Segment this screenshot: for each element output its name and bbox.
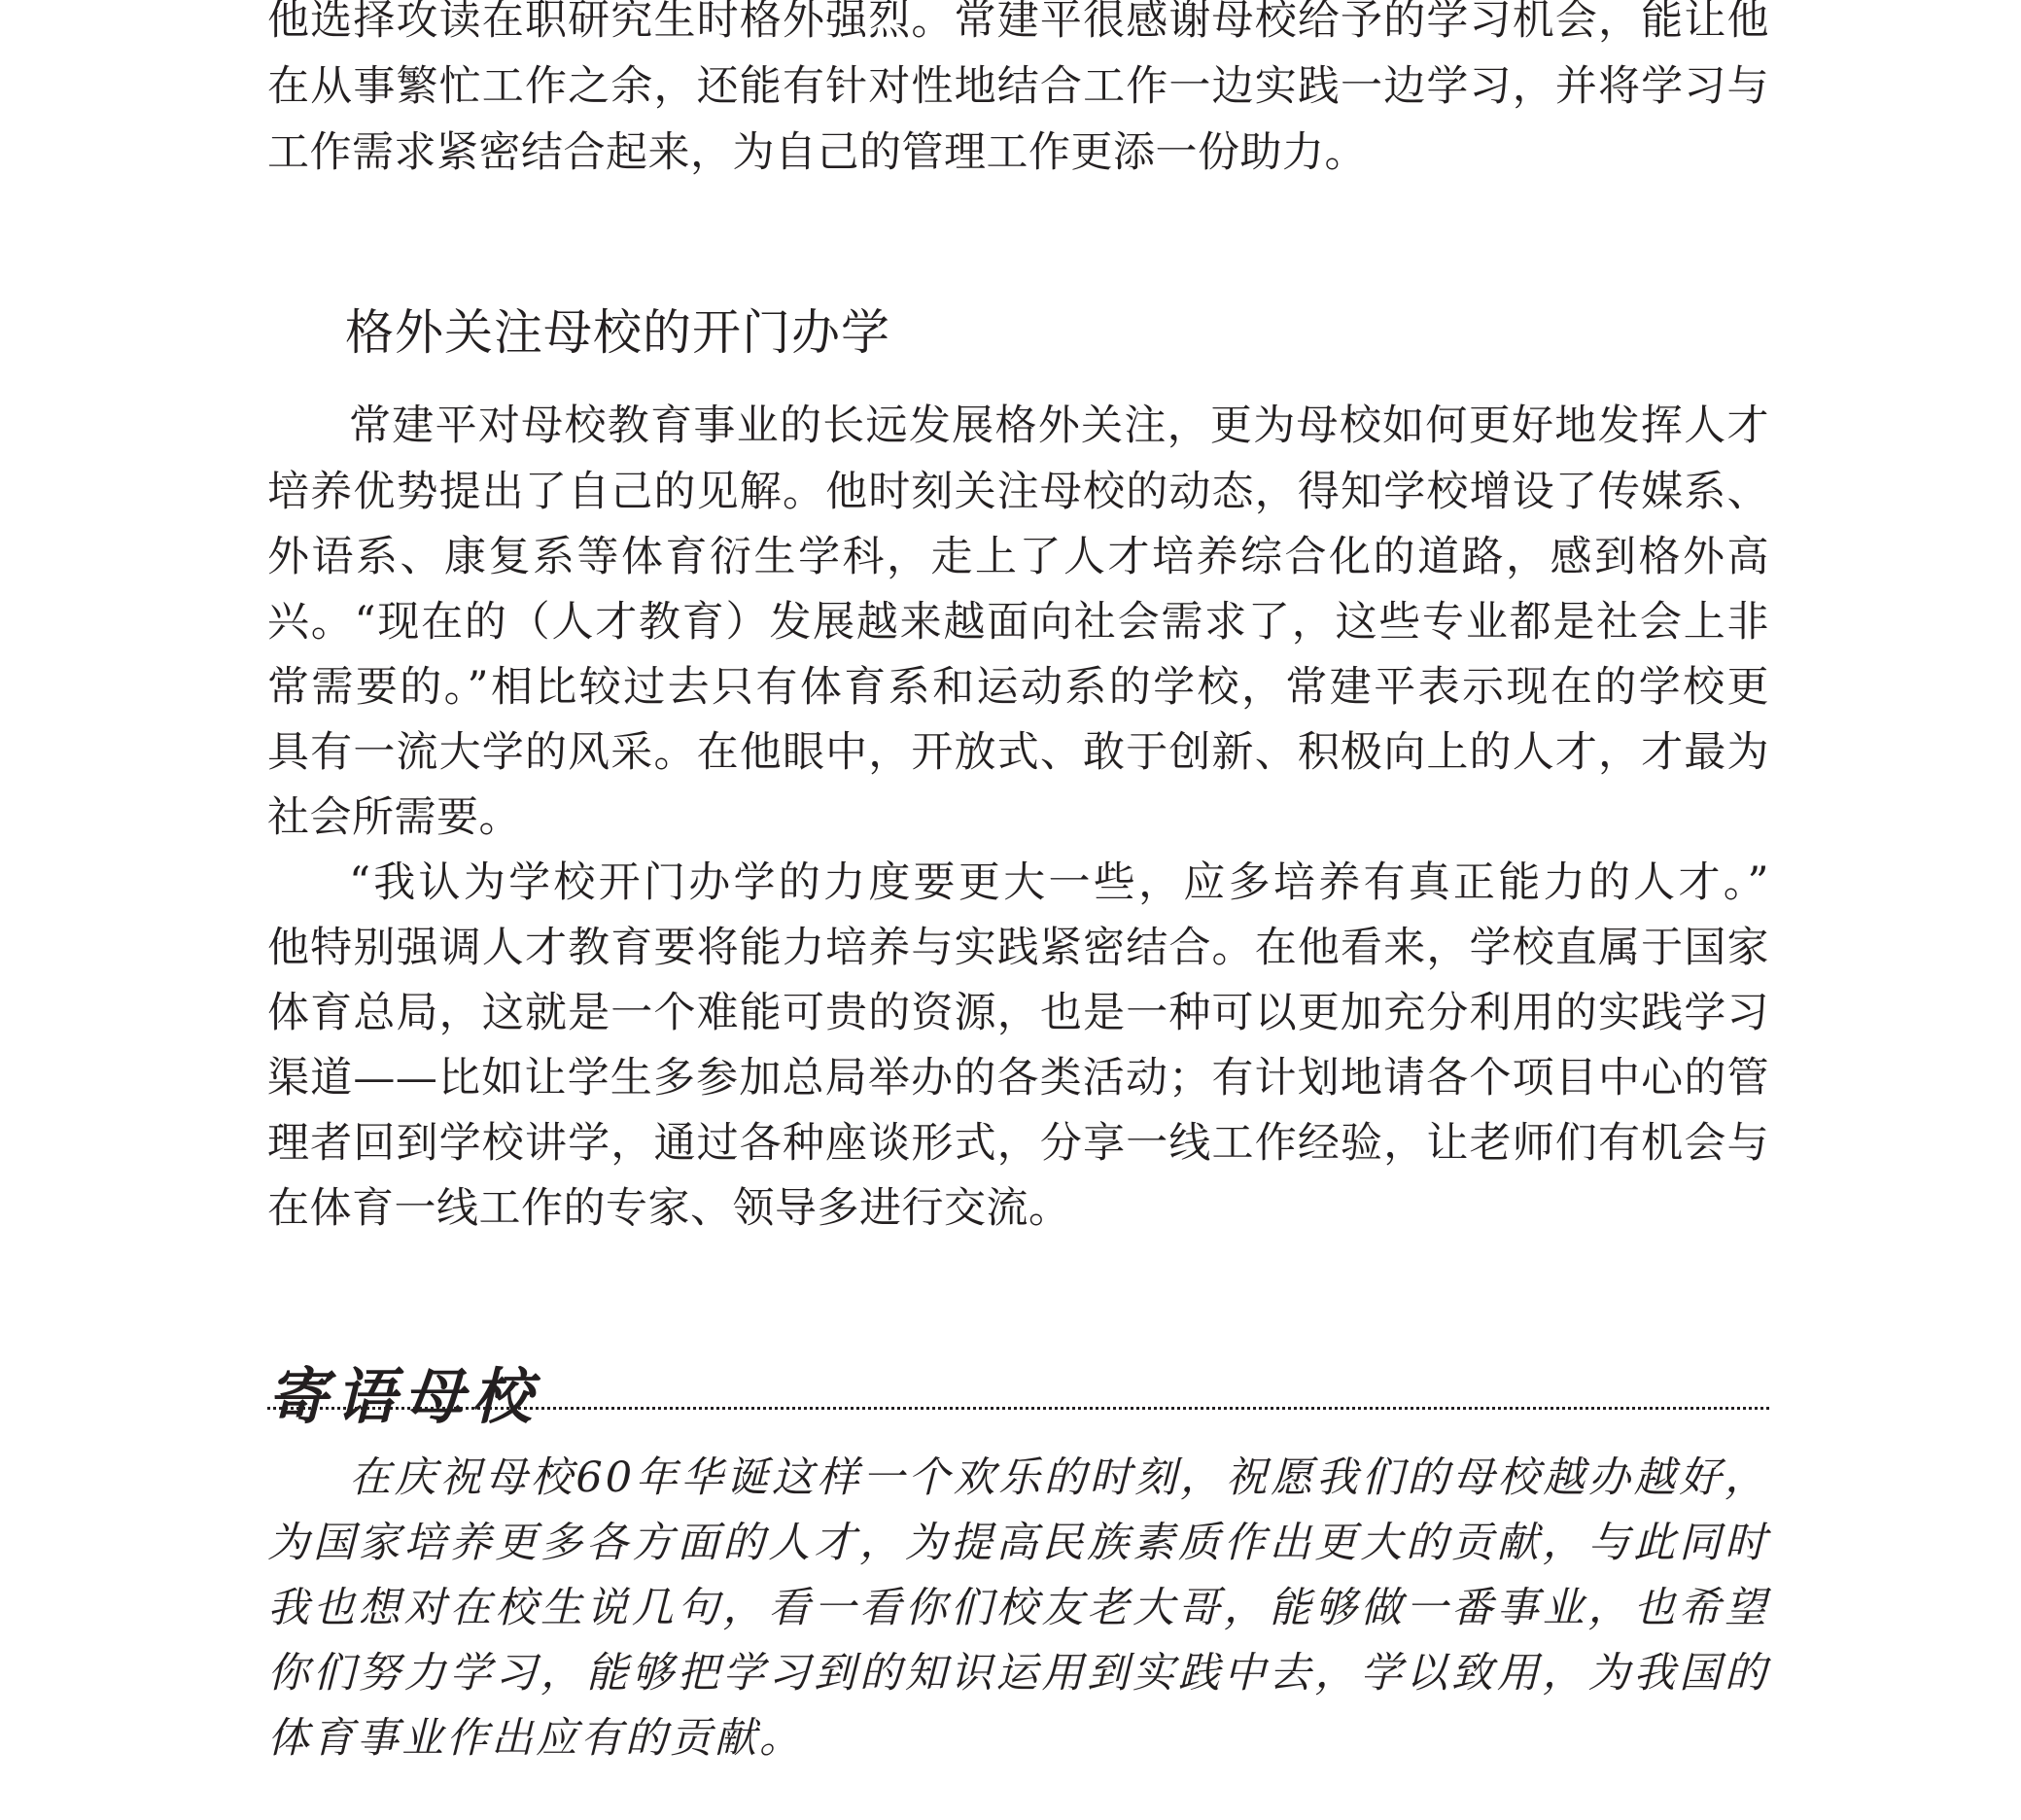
text-line: 他选择攻读在职研究生时格外强烈。常建平很感谢母校给予的学习机会，能让他 xyxy=(267,0,1769,52)
text-line: 外语系、康复系等体育衍生学科，走上了人才培养综合化的道路，感到格外高 xyxy=(267,525,1769,589)
text-line: 社会所需要。 xyxy=(267,786,521,850)
text-line: 体育事业作出应有的贡献。 xyxy=(267,1706,804,1770)
text-line: 具有一流大学的风采。在他眼中，开放式、敢于创新、积极向上的人才，才最为 xyxy=(267,720,1769,785)
text-line: 在体育一线工作的专家、领导多进行交流。 xyxy=(267,1176,1071,1241)
text-line: “我认为学校开门办学的力度要更大一些，应多培养有真正能力的人才。” xyxy=(349,851,1769,915)
text-line: 为国家培养更多各方面的人才，为提高民族素质作出更大的贡献，与此同时 xyxy=(267,1511,1769,1575)
text-line: 常需要的。”相比较过去只有体育系和运动系的学校，常建平表示现在的学校更 xyxy=(267,655,1769,719)
text-line: 理者回到学校讲学，通过各种座谈形式，分享一线工作经验，让老师们有机会与 xyxy=(267,1111,1769,1175)
text-line: 体育总局，这就是一个难能可贵的资源，也是一种可以更加充分利用的实践学习 xyxy=(267,981,1769,1045)
text-line: 我也想对在校生说几句，看一看你们校友老大哥，能够做一番事业，也希望 xyxy=(267,1576,1769,1640)
text-line: 在从事繁忙工作之余，还能有针对性地结合工作一边实践一边学习，并将学习与 xyxy=(267,54,1769,119)
text-line: 渠道——比如让学生多参加总局举办的各类活动；有计划地请各个项目中心的管 xyxy=(267,1046,1769,1110)
section-title: 寄语母校 xyxy=(267,1358,540,1436)
text-line: 兴。“现在的（人才教育）发展越来越面向社会需求了，这些专业都是社会上非 xyxy=(267,590,1769,654)
text-line: 你们努力学习，能够把学习到的知识运用到实践中去，学以致用，为我国的 xyxy=(267,1641,1769,1705)
text-line: 培养优势提出了自己的见解。他时刻关注母校的动态，得知学校增设了传媒系、 xyxy=(267,460,1769,524)
text-line: 工作需求紧密结合起来，为自己的管理工作更添一份助力。 xyxy=(267,121,1367,185)
text-line: 常建平对母校教育事业的长远发展格外关注，更为母校如何更好地发挥人才 xyxy=(349,394,1769,458)
text-line: 在庆祝母校60年华诞这样一个欢乐的时刻，祝愿我们的母校越办越好， xyxy=(349,1446,1769,1510)
subheading: 格外关注母校的开门办学 xyxy=(345,298,890,367)
dotted-divider xyxy=(267,1407,1769,1410)
text-line: 他特别强调人才教育要将能力培养与实践紧密结合。在他看来，学校直属于国家 xyxy=(267,916,1769,980)
